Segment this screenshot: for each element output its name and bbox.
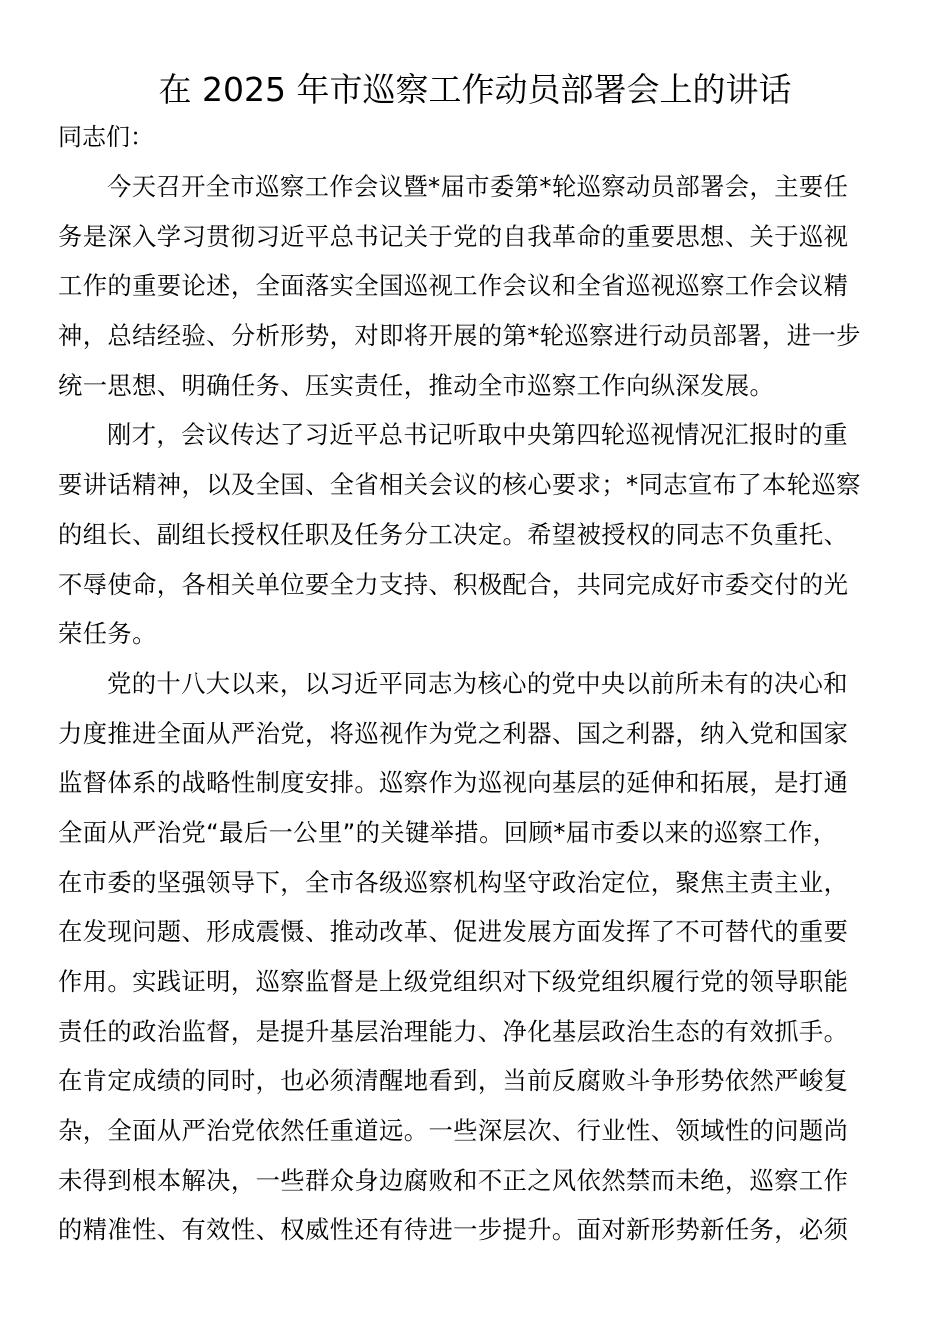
paragraph-line: 力度推进全面从严治党，将巡视作为党之利器、国之利器，纳入党和国家	[58, 718, 894, 768]
paragraph-line: 神，总结经验、分析形势，对即将开展的第*轮巡察进行动员部署，进一步	[58, 320, 894, 370]
paragraph-line: 党的十八大以来，以习近平同志为核心的党中央以前所未有的决心和	[58, 668, 894, 718]
document-page: 在 2025 年市巡察工作动员部署会上的讲话 同志们： 今天召开全市巡察工作会议…	[0, 0, 950, 1344]
salutation: 同志们：	[58, 121, 154, 153]
paragraph-line: 工作的重要论述，全面落实全国巡视工作会议和全省巡视巡察工作会议精	[58, 270, 894, 320]
paragraph-line: 未得到根本解决，一些群众身边腐败和不正之风依然禁而未绝，巡察工作	[58, 1165, 894, 1215]
paragraph-line: 在发现问题、形成震慑、推动改革、促进发展方面发挥了不可替代的重要	[58, 916, 894, 966]
paragraph: 刚才，会议传达了习近平总书记听取中央第四轮巡视情况汇报时的重 要讲话精神，以及全…	[58, 419, 894, 667]
paragraph-line: 在市委的坚强领导下，全市各级巡察机构坚守政治定位，聚焦主责主业，	[58, 867, 894, 917]
paragraph-line: 刚才，会议传达了习近平总书记听取中央第四轮巡视情况汇报时的重	[58, 419, 894, 469]
paragraph-line: 杂，全面从严治党依然任重道远。一些深层次、行业性、领域性的问题尚	[58, 1115, 894, 1165]
paragraph: 党的十八大以来，以习近平同志为核心的党中央以前所未有的决心和 力度推进全面从严治…	[58, 668, 894, 1264]
document-title: 在 2025 年市巡察工作动员部署会上的讲话	[0, 68, 950, 112]
paragraph-line: 责任的政治监督，是提升基层治理能力、净化基层政治生态的有效抓手。	[58, 1016, 894, 1066]
paragraph: 今天召开全市巡察工作会议暨*届市委第*轮巡察动员部署会，主要任 务是深入学习贯彻…	[58, 171, 894, 419]
paragraph-line: 在肯定成绩的同时，也必须清醒地看到，当前反腐败斗争形势依然严峻复	[58, 1065, 894, 1115]
paragraph-line: 统一思想、明确任务、压实责任，推动全市巡察工作向纵深发展。	[58, 370, 894, 420]
paragraph-line: 全面从严治党“最后一公里”的关键举措。回顾*届市委以来的巡察工作，	[58, 817, 894, 867]
paragraph-line: 的组长、副组长授权任职及任务分工决定。希望被授权的同志不负重托、	[58, 519, 894, 569]
paragraph-line: 今天召开全市巡察工作会议暨*届市委第*轮巡察动员部署会，主要任	[58, 171, 894, 221]
paragraph-line: 监督体系的战略性制度安排。巡察作为巡视向基层的延伸和拓展，是打通	[58, 767, 894, 817]
paragraph-line: 不辱使命，各相关单位要全力支持、积极配合，共同完成好市委交付的光	[58, 569, 894, 619]
paragraph-line: 务是深入学习贯彻习近平总书记关于党的自我革命的重要思想、关于巡视	[58, 221, 894, 271]
paragraph-line: 的精准性、有效性、权威性还有待进一步提升。面对新形势新任务，必须	[58, 1214, 894, 1264]
paragraph-line: 荣任务。	[58, 618, 894, 668]
document-body: 今天召开全市巡察工作会议暨*届市委第*轮巡察动员部署会，主要任 务是深入学习贯彻…	[58, 171, 894, 1264]
paragraph-line: 作用。实践证明，巡察监督是上级党组织对下级党组织履行党的领导职能	[58, 966, 894, 1016]
paragraph-line: 要讲话精神，以及全国、全省相关会议的核心要求；*同志宣布了本轮巡察	[58, 469, 894, 519]
